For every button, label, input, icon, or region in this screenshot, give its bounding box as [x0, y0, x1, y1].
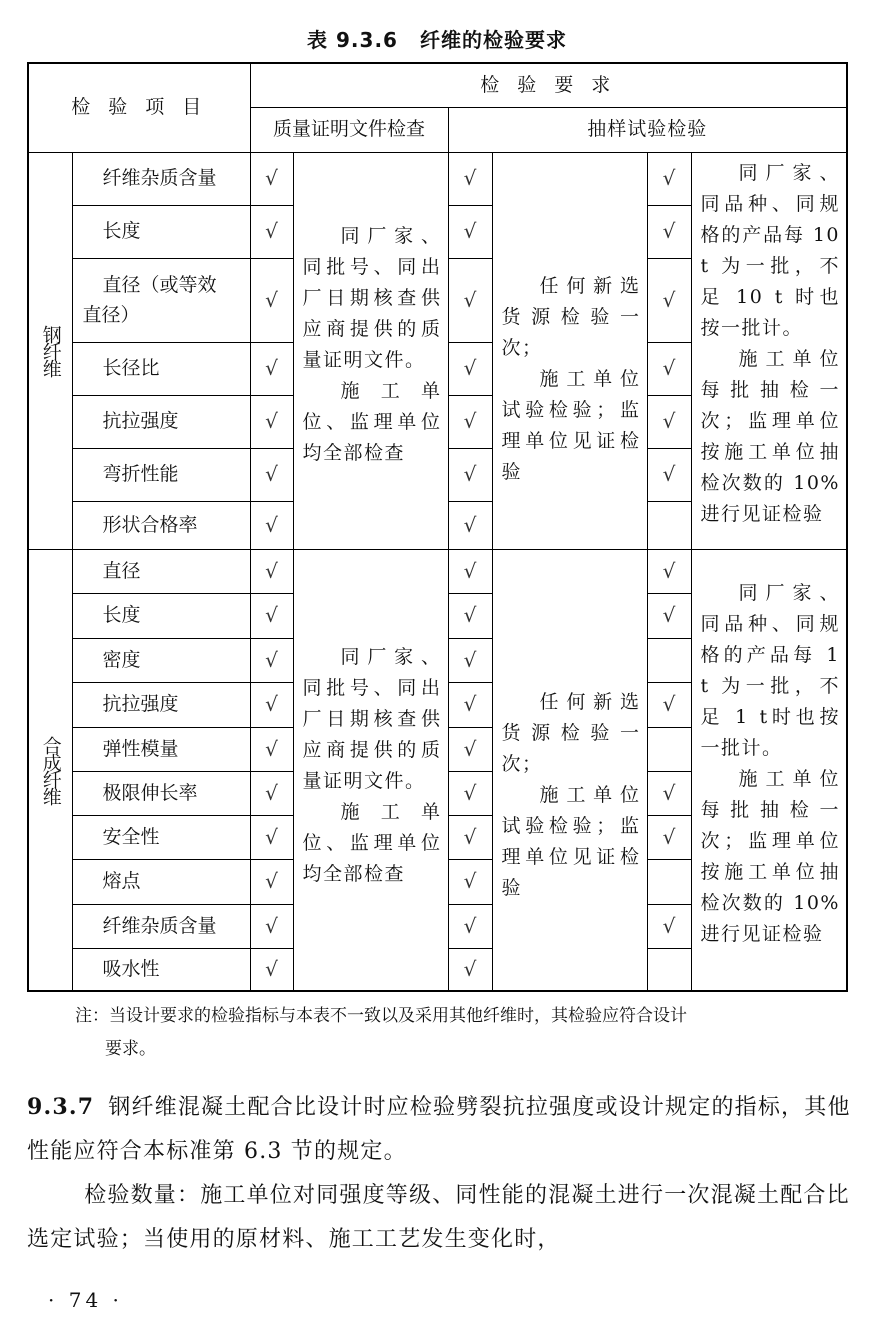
check-mark-icon: √: [250, 152, 293, 205]
check-mark-icon: √: [647, 815, 691, 859]
table-number: 表 9.3.6: [307, 28, 398, 52]
inspection-requirements-table: 检 验 项 目 检 验 要 求 质量证明文件检查 抽样试验检验 钢纤维 纤维杂质…: [27, 62, 848, 992]
page-number: · 74 ·: [48, 1288, 123, 1312]
check-mark-icon: [647, 638, 691, 682]
clause-number: 9.3.7: [27, 1094, 94, 1120]
check-mark-icon: √: [647, 682, 691, 727]
item-name: 熔点: [72, 859, 250, 904]
check-mark-icon: √: [448, 682, 492, 727]
header-requirement: 检 验 要 求: [250, 63, 847, 107]
item-name: 长度: [72, 593, 250, 638]
check-mark-icon: √: [647, 395, 691, 448]
check-mark-icon: √: [250, 682, 293, 727]
item-name: 长径比: [72, 342, 250, 395]
check-mark-icon: √: [647, 342, 691, 395]
check-mark-icon: √: [448, 549, 492, 593]
check-mark-icon: √: [448, 904, 492, 948]
check-mark-icon: √: [250, 258, 293, 342]
clause-text: 钢纤维混凝土配合比设计时应检验劈裂抗拉强度或设计规定的指标，其他性能应符合本标准…: [27, 1095, 851, 1164]
item-name: 形状合格率: [72, 501, 250, 549]
check-mark-icon: √: [250, 771, 293, 815]
check-mark-icon: √: [448, 859, 492, 904]
table-title: 表 9.3.6纤维的检验要求: [0, 24, 874, 53]
check-mark-icon: √: [250, 448, 293, 501]
clause-9-3-7: 9.3.7钢纤维混凝土配合比设计时应检验劈裂抗拉强度或设计规定的指标，其他性能应…: [27, 1085, 852, 1262]
check-mark-icon: √: [647, 593, 691, 638]
check-mark-icon: √: [647, 448, 691, 501]
check-mark-icon: √: [250, 549, 293, 593]
check-mark-icon: √: [448, 638, 492, 682]
item-name: 长度: [72, 205, 250, 258]
group-label-synthetic-fiber: 合成纤维: [28, 549, 72, 991]
item-name: 安全性: [72, 815, 250, 859]
item-name: 直径（或等效 直径）: [72, 258, 250, 342]
check-mark-icon: √: [448, 342, 492, 395]
check-mark-icon: √: [250, 948, 293, 991]
inspection-quantity-text: 检验数量：施工单位对同强度等级、同性能的混凝土进行一次混凝土配合比选定试验；当使…: [27, 1174, 852, 1262]
doc-check-description: 同厂家、同批号、同出厂日期核查供应商提供的质量证明文件。 施工单位、监理单位均全…: [293, 549, 448, 991]
item-name: 密度: [72, 638, 250, 682]
check-mark-icon: √: [647, 904, 691, 948]
check-mark-icon: √: [448, 727, 492, 771]
check-mark-icon: √: [448, 948, 492, 991]
check-mark-icon: √: [448, 395, 492, 448]
item-name: 极限伸长率: [72, 771, 250, 815]
check-mark-icon: √: [647, 771, 691, 815]
check-mark-icon: √: [250, 904, 293, 948]
check-mark-icon: √: [250, 727, 293, 771]
check-mark-icon: [647, 948, 691, 991]
header-quality-doc-check: 质量证明文件检查: [250, 107, 448, 152]
header-sample-test: 抽样试验检验: [448, 107, 847, 152]
item-name: 弹性模量: [72, 727, 250, 771]
sample-test-description: 任何新选货源检验一次； 施工单位试验检验；监理单位见证检验: [492, 549, 647, 991]
check-mark-icon: [647, 859, 691, 904]
header-item: 检 验 项 目: [28, 63, 250, 152]
check-mark-icon: [647, 727, 691, 771]
item-name: 直径: [72, 549, 250, 593]
check-mark-icon: √: [448, 593, 492, 638]
check-mark-icon: √: [250, 638, 293, 682]
check-mark-icon: √: [647, 152, 691, 205]
item-name: 弯折性能: [72, 448, 250, 501]
check-mark-icon: √: [448, 205, 492, 258]
item-name: 纤维杂质含量: [72, 152, 250, 205]
sampling-rule-description: 同厂家、同品种、同规格的产品每 1 t 为一批，不足 1 t时也按一批计。 施工…: [691, 549, 847, 991]
item-name: 抗拉强度: [72, 682, 250, 727]
item-name: 抗拉强度: [72, 395, 250, 448]
check-mark-icon: √: [647, 549, 691, 593]
sample-test-description: 任何新选货源检验一次； 施工单位试验检验；监理单位见证检验: [492, 152, 647, 549]
doc-check-description: 同厂家、同批号、同出厂日期核查供应商提供的质量证明文件。 施工单位、监理单位均全…: [293, 152, 448, 549]
check-mark-icon: √: [250, 501, 293, 549]
check-mark-icon: √: [250, 342, 293, 395]
check-mark-icon: √: [250, 859, 293, 904]
item-name: 吸水性: [72, 948, 250, 991]
check-mark-icon: √: [448, 815, 492, 859]
check-mark-icon: √: [448, 771, 492, 815]
sampling-rule-description: 同厂家、同品种、同规格的产品每 10 t 为一批，不足 10 t 时也按一批计。…: [691, 152, 847, 549]
table-row: 合成纤维 直径 √ 同厂家、同批号、同出厂日期核查供应商提供的质量证明文件。 施…: [28, 549, 847, 593]
table-row: 钢纤维 纤维杂质含量 √ 同厂家、同批号、同出厂日期核查供应商提供的质量证明文件…: [28, 152, 847, 205]
check-mark-icon: √: [250, 395, 293, 448]
check-mark-icon: √: [647, 205, 691, 258]
table-note: 注：当设计要求的检验指标与本表不一致以及采用其他纤维时，其检验应符合设计 要求。: [75, 1000, 850, 1066]
table-name: 纤维的检验要求: [420, 28, 567, 52]
check-mark-icon: √: [250, 815, 293, 859]
group-label-steel-fiber: 钢纤维: [28, 152, 72, 549]
item-name: 纤维杂质含量: [72, 904, 250, 948]
check-mark-icon: √: [448, 152, 492, 205]
check-mark-icon: √: [448, 501, 492, 549]
check-mark-icon: √: [250, 593, 293, 638]
check-mark-icon: √: [250, 205, 293, 258]
check-mark-icon: [647, 501, 691, 549]
check-mark-icon: √: [448, 258, 492, 342]
check-mark-icon: √: [647, 258, 691, 342]
check-mark-icon: √: [448, 448, 492, 501]
